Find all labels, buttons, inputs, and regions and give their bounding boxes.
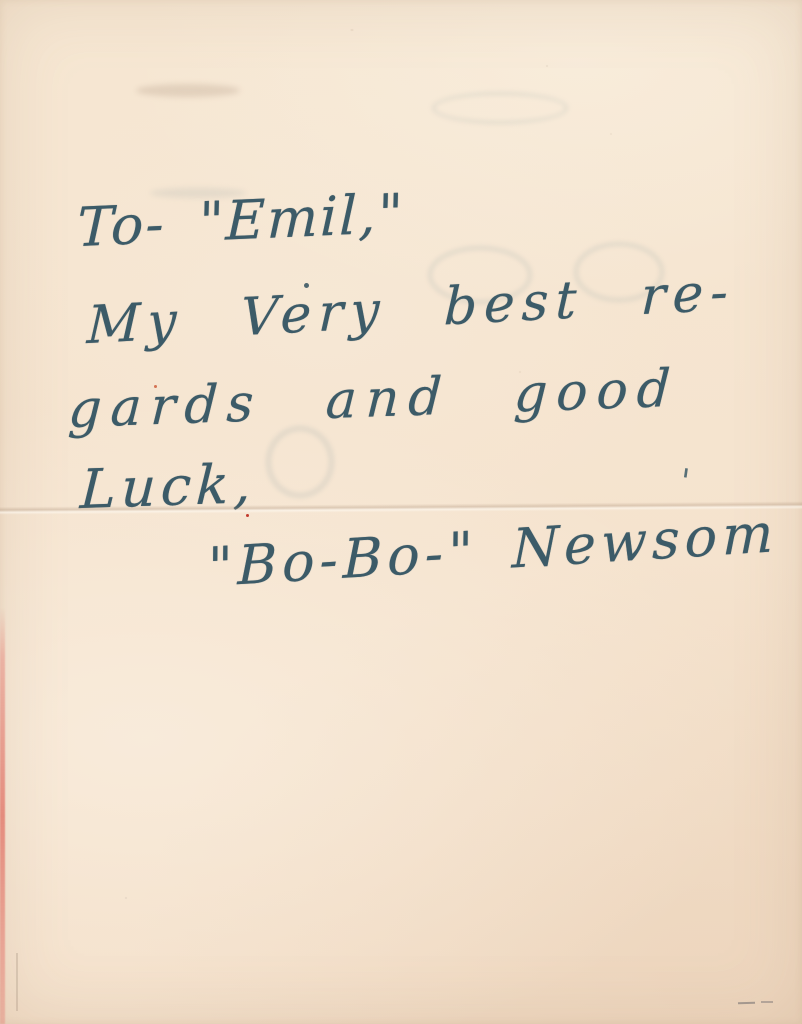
red-ink-speck (246, 514, 249, 517)
handwriting-salutation: To- "Emil," (76, 182, 405, 259)
ink-dot (304, 283, 309, 288)
pink-paper-edge (0, 608, 5, 1024)
ink-bleedthrough-mark (266, 426, 334, 498)
faint-pencil-mark (738, 1002, 755, 1005)
handwriting-body-line-1: My Very best re- (86, 262, 736, 356)
handwriting-body-line-2: gards and good (67, 359, 681, 440)
ink-bleedthrough-mark (432, 92, 568, 124)
red-ink-speck (154, 385, 157, 388)
handwriting-signature: "Bo-Bo-" Newsom (207, 501, 778, 599)
stray-pen-tick: ' (677, 462, 692, 503)
scanned-handwritten-note: To- "Emil," My Very best re- gards and g… (0, 0, 802, 1024)
faint-pencil-line (16, 953, 18, 1011)
faint-pencil-mark (761, 1001, 773, 1003)
paper-smudge (136, 84, 240, 97)
